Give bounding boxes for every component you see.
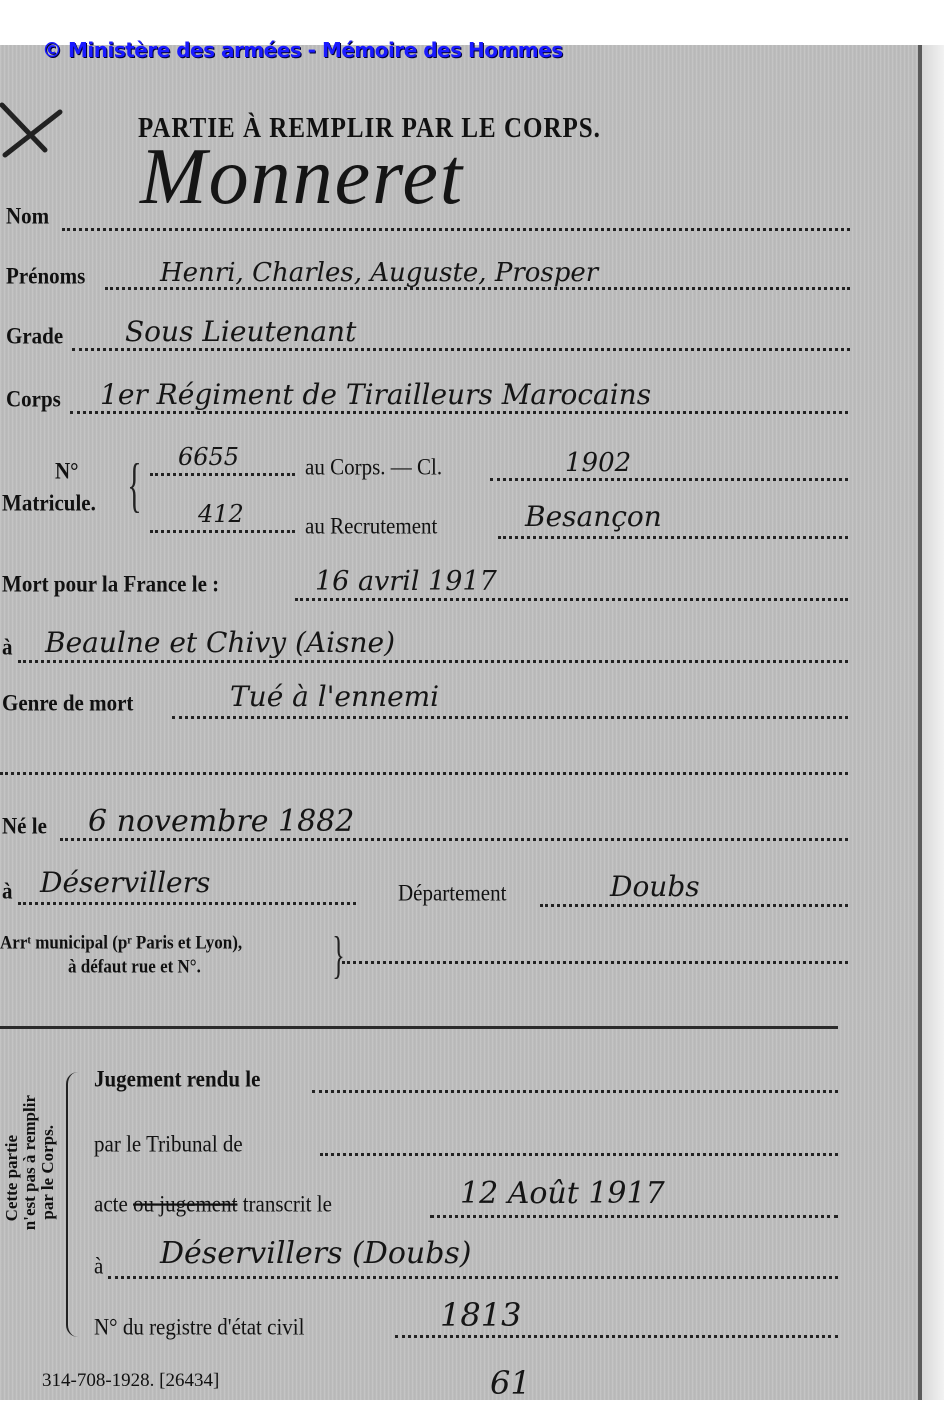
matricule-no-label: N° [55, 457, 79, 485]
blank-line [0, 772, 848, 775]
classe-line [490, 478, 848, 481]
handwritten-number: 61 [490, 1364, 531, 1402]
cross-mark-icon [0, 100, 65, 160]
arrondissement-line [342, 961, 848, 964]
mort-lieu-line [18, 660, 848, 663]
corps-classe-label: au Corps. — Cl. [305, 453, 442, 481]
grade-line [72, 348, 850, 351]
departement-label: Département [398, 879, 506, 907]
civil-lieu-value: Déservillers (Doubs) [160, 1236, 472, 1271]
ne-le-value: 6 novembre 1882 [88, 804, 354, 839]
recrutement-number-value: 412 [198, 500, 244, 528]
jugement-line [312, 1090, 838, 1093]
civil-section-brace [66, 1072, 80, 1337]
registre-label: N° du registre d'état civil [94, 1313, 304, 1341]
corps-label: Corps [6, 385, 61, 413]
ne-lieu-value: Déservillers [40, 866, 210, 899]
nom-label: Nom [6, 202, 49, 230]
jugement-label: Jugement rendu le [94, 1065, 260, 1093]
matricule-brace: { [127, 455, 141, 515]
recrutement-place-value: Besançon [525, 500, 662, 533]
corps-line [70, 411, 848, 414]
registre-value: 1813 [440, 1296, 521, 1334]
registre-line [395, 1335, 838, 1338]
classe-value: 1902 [565, 448, 631, 478]
civil-lieu-label: à [94, 1252, 103, 1280]
corps-value: 1er Régiment de Tirailleurs Marocains [100, 378, 651, 411]
departement-line [540, 904, 848, 907]
tribunal-label: par le Tribunal de [94, 1130, 243, 1158]
recrutement-number-line [150, 530, 295, 533]
section-divider [0, 1026, 838, 1029]
genre-mort-line [172, 716, 848, 719]
recrutement-place-line [498, 536, 848, 539]
nom-value: Monneret [140, 132, 464, 223]
transcrit-label: acte ou jugement transcrit le [94, 1190, 332, 1218]
prenoms-value: Henri, Charles, Auguste, Prosper [160, 258, 598, 288]
recrutement-label: au Recrutement [305, 512, 437, 540]
mort-lieu-value: Beaulne et Chivy (Aisne) [45, 626, 395, 659]
corps-number-value: 6655 [178, 443, 239, 471]
ne-lieu-line [18, 902, 356, 905]
copyright-watermark: © Ministère des armées - Mémoire des Hom… [42, 38, 563, 62]
tribunal-line [320, 1153, 838, 1156]
genre-mort-label: Genre de mort [2, 689, 133, 717]
corps-number-line [150, 473, 295, 476]
departement-value: Doubs [610, 870, 700, 903]
scan-margin [922, 45, 944, 1400]
mort-date-line [295, 598, 848, 601]
form-code: 314-708-1928. [26434] [42, 1370, 219, 1392]
matricule-label: Matricule. [2, 489, 96, 517]
ne-le-label: Né le [2, 812, 47, 840]
nom-line [62, 228, 850, 231]
arrondissement-label-2: à défaut rue et N°. [68, 956, 201, 978]
prenoms-label: Prénoms [6, 262, 85, 290]
mort-date-value: 16 avril 1917 [315, 566, 497, 597]
transcrit-line [430, 1215, 838, 1218]
grade-value: Sous Lieutenant [125, 315, 356, 348]
side-note: Cette partie n'est pas à remplir par le … [2, 1095, 72, 1335]
mort-date-label: Mort pour la France le : [2, 570, 219, 598]
ne-lieu-label: à [2, 877, 13, 905]
mort-lieu-label: à [2, 633, 13, 661]
arrondissement-label-1: Arrᵗ municipal (pʳ Paris et Lyon), [0, 932, 242, 954]
civil-lieu-line [108, 1276, 838, 1279]
transcrit-value: 12 Août 1917 [460, 1176, 665, 1211]
genre-mort-value: Tué à l'ennemi [230, 680, 439, 713]
arrondissement-brace: } [332, 930, 344, 982]
grade-label: Grade [6, 322, 63, 350]
